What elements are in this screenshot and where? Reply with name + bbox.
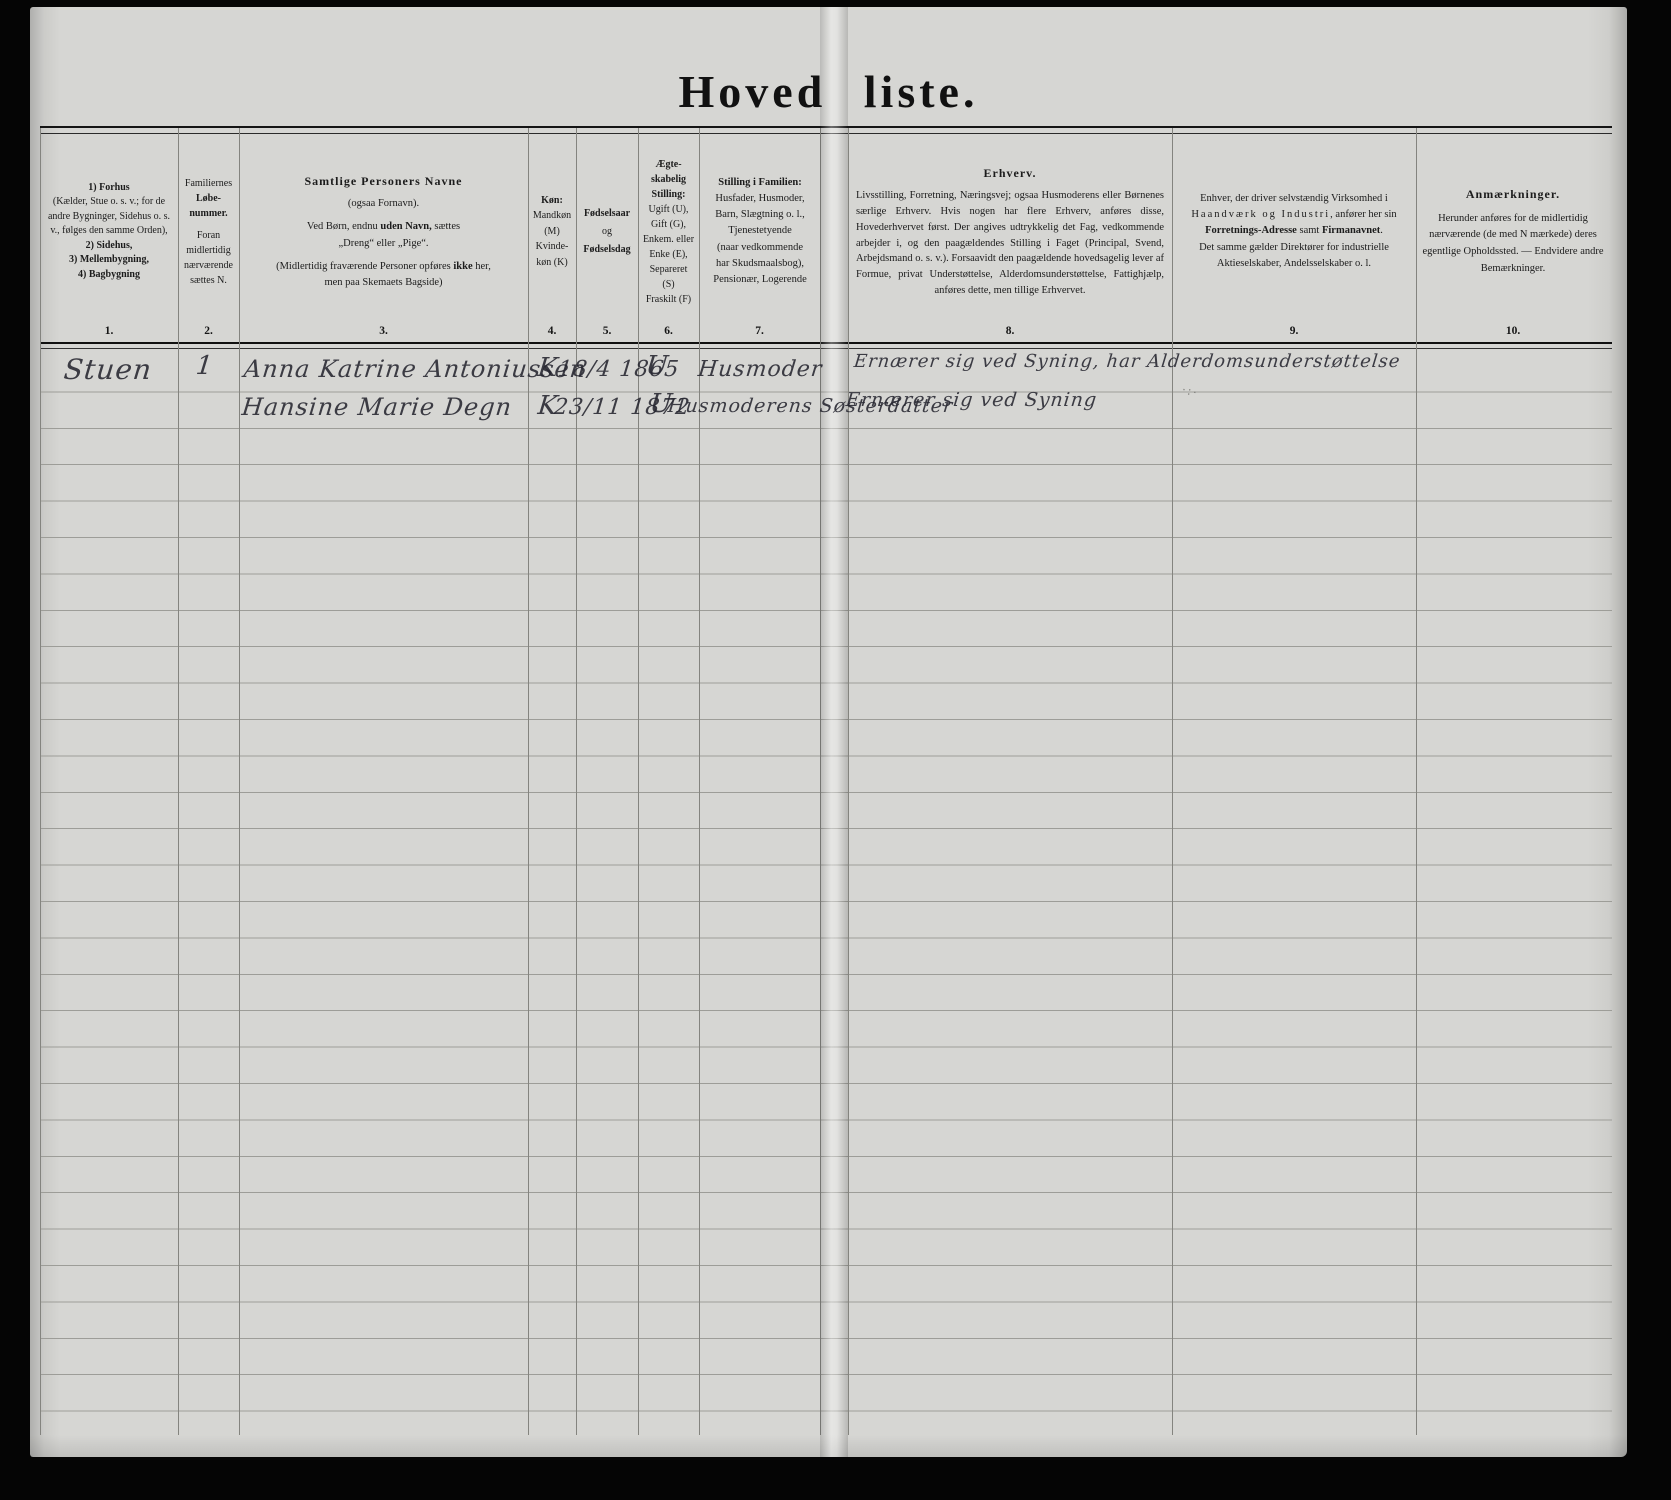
text: her, (473, 261, 491, 272)
header-family-note: Foran midlertidig nærværende sættes N. (180, 228, 237, 288)
header-marital-line: Gift (G), (651, 217, 686, 232)
column-number-9: 9. (1172, 325, 1416, 345)
header-names-note: men paa Skemaets Bagside) (324, 275, 442, 291)
header-business-body: Enhver, der driver selvstændig Virksomhe… (1176, 191, 1412, 240)
entry-marital: U (644, 351, 670, 381)
header-names-sub: (ogsaa Fornavn). (348, 196, 419, 212)
text: sættes (432, 221, 460, 232)
header-building: 1) Forhus (Kælder, Stue o. s. v.; for de… (44, 139, 174, 324)
header-business: Enhver, der driver selvstændig Virksomhe… (1176, 139, 1412, 324)
header-names-title: Samtlige Personers Navne (305, 172, 463, 191)
column-number-2: 2. (178, 325, 239, 345)
header-building-note: (Kælder, Stue o. s. v.; for de andre Byg… (44, 195, 174, 239)
entry-position: Husmoder (697, 357, 824, 382)
header-occupation: Erhverv. Livsstilling, Forretning, Nærin… (856, 139, 1164, 324)
header-marital-line: Enkem. eller (643, 232, 694, 247)
header-sex-line: Køn: (541, 193, 563, 209)
header-sex-line: køn (K) (536, 255, 567, 271)
text: Enhver, der driver selvstændig Virksomhe… (1200, 193, 1388, 204)
text-bold: Firmanavnet (1322, 225, 1380, 236)
header-marital-status: Ægte- skabelig Stilling: Ugift (U), Gift… (639, 139, 698, 324)
header-family-line: nummer. (189, 206, 227, 221)
text: samt (1297, 225, 1322, 236)
header-remarks-title: Anmærkninger. (1466, 185, 1560, 204)
header-marital-line: Separeret (650, 262, 688, 277)
column-number-4: 4. (528, 325, 576, 345)
header-building-line: 1) Forhus (88, 181, 129, 196)
header-sex-line: (M) (544, 224, 560, 240)
header-family-position: Stilling i Familien: Husfader, Husmoder,… (701, 139, 819, 324)
text-bold: ikke (453, 261, 472, 272)
text: . (1380, 225, 1383, 236)
header-sex: Køn: Mandkøn (M) Kvinde- køn (K) (529, 139, 575, 324)
text-spaced: Haandværk og Industri (1191, 209, 1330, 220)
header-birthdate: Fødselsaar og Fødselsdag (577, 139, 637, 324)
header-names-note: „Dreng“ eller „Pige“. (338, 236, 428, 252)
header-position-title: Stilling i Familien: (718, 175, 801, 191)
header-position-line: Pensionær, Logerende (713, 272, 806, 288)
header-marital-line: Fraskilt (F) (646, 292, 691, 307)
entry-family-number: 1 (194, 351, 215, 381)
entry-dwelling: Stuen (62, 353, 154, 386)
header-family-line: Familiernes (185, 176, 232, 191)
header-marital-line: (S) (662, 277, 674, 292)
entry-occupation: Ernærer sig ved Syning (845, 389, 1098, 411)
column-number-7: 7. (699, 325, 820, 345)
text: (Midlertidig fraværende Personer opføres (276, 261, 453, 272)
entry-name: Hansine Marie Degn (241, 393, 514, 421)
census-form-page: Hoved liste. 1) Forhus (Kælder, Stue o. … (30, 7, 1627, 1457)
header-position-line: har Skudsmaalsbog), (716, 256, 804, 272)
entry-occupation: Ernærer sig ved Syning, har Alderdomsund… (853, 351, 1402, 372)
header-occupation-body: Livsstilling, Forretning, Næringsvej; og… (856, 188, 1164, 298)
header-family-line: Løbe- (196, 191, 221, 206)
header-birthdate-line: og (602, 223, 612, 241)
column-number-1: 1. (40, 325, 178, 345)
header-position-line: (naar vedkommende (717, 240, 803, 256)
header-marital-line: skabelig (651, 172, 686, 187)
header-birthdate-line: Fødselsaar (584, 205, 630, 223)
header-business-note: Det samme gælder Direktører for industri… (1176, 240, 1412, 273)
column-number-10: 10. (1416, 325, 1610, 345)
header-building-line: 3) Mellembygning, (69, 253, 149, 268)
text: Ved Børn, endnu (307, 221, 381, 232)
header-position-line: Barn, Slægtning o. l., (715, 207, 805, 223)
column-number-3: 3. (239, 325, 528, 345)
text: , anfører her sin (1330, 209, 1396, 220)
text-bold: uden Navn, (380, 221, 431, 232)
header-building-line: 2) Sidehus, (86, 239, 133, 254)
header-marital-line: Ugift (U), (649, 202, 689, 217)
header-names-note: (Midlertidig fraværende Personer opføres… (276, 259, 491, 275)
header-birthdate-line: Fødselsdag (583, 241, 630, 259)
text-bold: Forretnings-Adresse (1205, 225, 1297, 236)
header-family-number: Familiernes Løbe- nummer. Foran midlerti… (180, 139, 237, 324)
header-sex-line: Mandkøn (533, 208, 571, 224)
header-marital-line: Enke (E), (649, 247, 687, 262)
header-remarks: Anmærkninger. Herunder anføres for de mi… (1422, 139, 1604, 324)
header-building-line: 4) Bagbygning (78, 268, 140, 283)
column-number-6: 6. (638, 325, 699, 345)
header-names-note: Ved Børn, endnu uden Navn, sættes (307, 219, 460, 235)
header-position-line: Husfader, Husmoder, (715, 191, 804, 207)
header-occupation-title: Erhverv. (984, 164, 1037, 182)
header-names: Samtlige Personers Navne (ogsaa Fornavn)… (245, 139, 522, 324)
column-number-5: 5. (576, 325, 638, 345)
header-remarks-body: Herunder anføres for de midlertidig nærv… (1422, 211, 1604, 278)
header-position-line: Tjenestetyende (728, 223, 792, 239)
header-marital-line: Stilling: (652, 187, 686, 202)
book-fold (820, 7, 848, 1457)
column-number-8: 8. (848, 325, 1172, 345)
header-sex-line: Kvinde- (536, 239, 569, 255)
header-marital-line: Ægte- (655, 157, 681, 172)
